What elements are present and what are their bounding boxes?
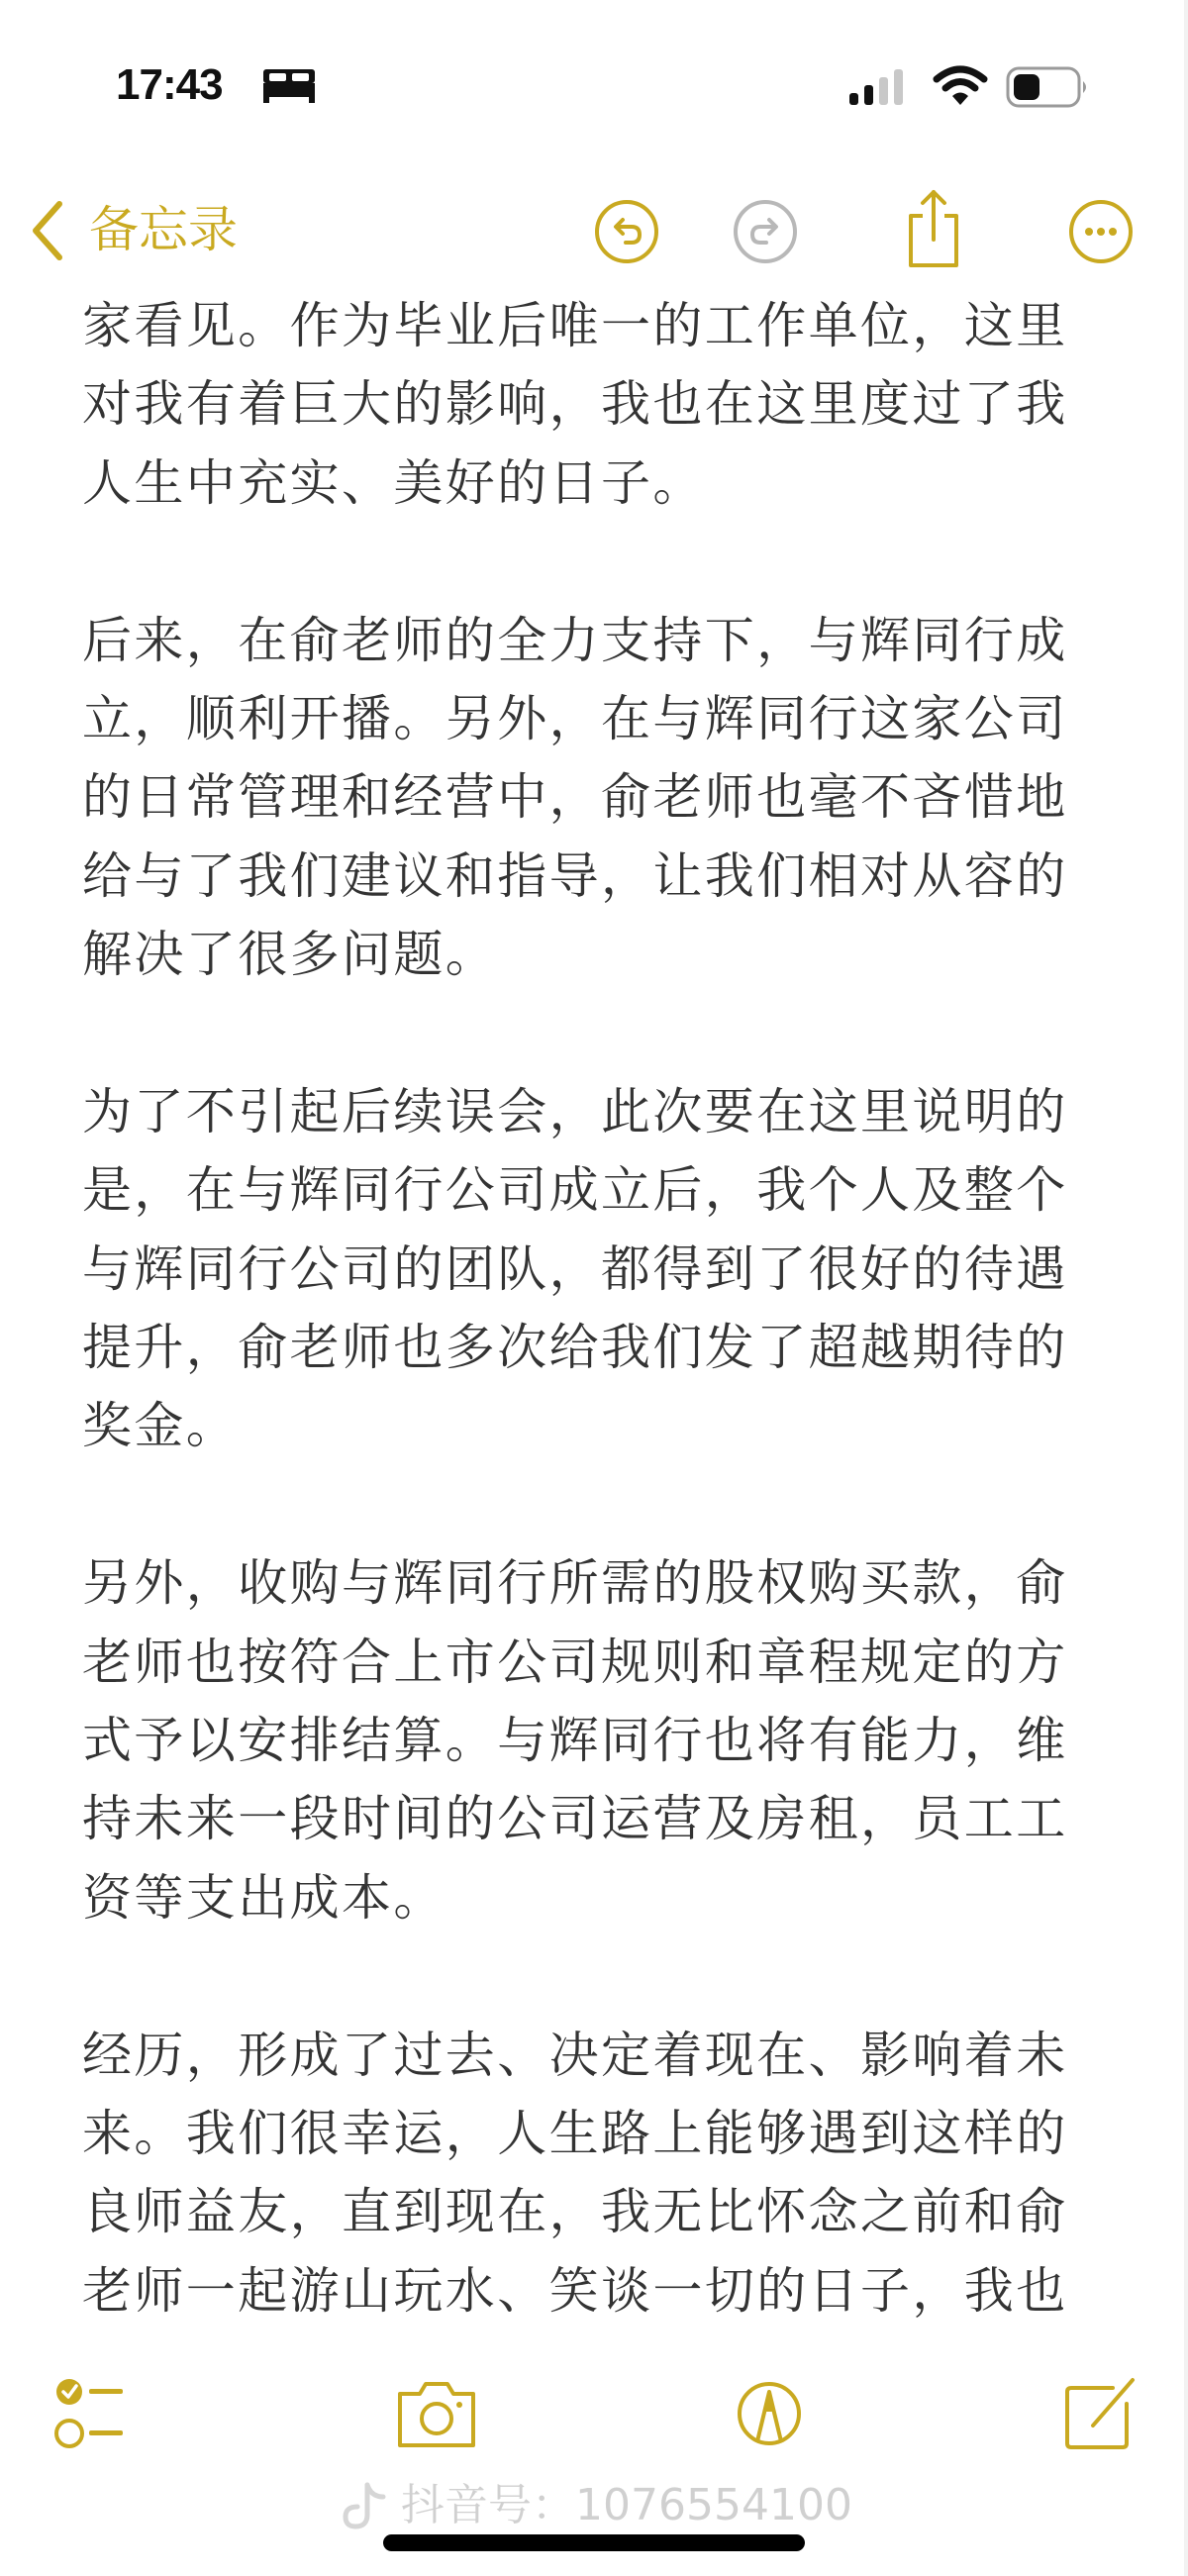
- status-time: 17:43: [116, 59, 223, 111]
- note-line: 式予以安排结算。与辉同行也将有能力，维: [82, 1702, 1082, 1780]
- note-line: 人生中充实、美好的日子。: [82, 445, 1082, 523]
- note-line: 对我有着巨大的影响，我也在这里度过了我: [82, 365, 1082, 444]
- screen-edge: [1184, 0, 1188, 2576]
- bed-icon: [261, 65, 317, 105]
- note-line: 奖金。: [82, 1387, 1082, 1465]
- note-line: 是，在与辉同行公司成立后，我个人及整个: [82, 1151, 1082, 1230]
- undo-icon: [590, 195, 663, 268]
- paragraph-gap: [82, 995, 1082, 1073]
- note-line: 良师益友，直到现在，我无比怀念之前和俞: [82, 2173, 1082, 2251]
- more-icon: [1064, 195, 1138, 268]
- signal-icon: [847, 67, 911, 107]
- note-line: 经历，形成了过去、决定着现在、影响着未: [82, 2017, 1082, 2095]
- paragraph: 家看见。作为毕业后唯一的工作单位，这里 对我有着巨大的影响，我也在这里度过了我 …: [82, 287, 1082, 523]
- compose-button[interactable]: [1057, 2370, 1140, 2457]
- note-line: 老师也按符合上市公司规则和章程规定的方: [82, 1624, 1082, 1702]
- note-line: 解决了很多问题。: [82, 916, 1082, 994]
- chevron-left-icon: [28, 200, 67, 261]
- redo-icon: [729, 195, 802, 268]
- note-line: 老师一起游山玩水、笑谈一切的日子，我也: [82, 2252, 1082, 2330]
- note-line: 给与了我们建议和指导，让我们相对从容的: [82, 838, 1082, 916]
- back-button[interactable]: 备忘录: [20, 194, 277, 269]
- back-label: 备忘录: [89, 200, 238, 259]
- markup-button[interactable]: [728, 2372, 811, 2455]
- paragraph-gap: [82, 1937, 1082, 2016]
- watermark: 抖音号：1076554100: [342, 2477, 856, 2536]
- share-icon: [897, 186, 970, 271]
- paragraph-gap: [82, 523, 1082, 601]
- paragraph: 为了不引起后续误会，此次要在这里说明的 是，在与辉同行公司成立后，我个人及整个 …: [82, 1073, 1082, 1466]
- camera-button[interactable]: [392, 2374, 481, 2453]
- paragraph: 经历，形成了过去、决定着现在、影响着未 来。我们很幸运，人生路上能够遇到这样的 …: [82, 2017, 1082, 2331]
- battery-icon: [1006, 65, 1091, 109]
- paragraph-gap: [82, 1466, 1082, 1544]
- undo-button[interactable]: [590, 195, 663, 268]
- checklist-button[interactable]: [49, 2372, 139, 2457]
- camera-icon: [392, 2374, 481, 2453]
- note-line: 来。我们很幸运，人生路上能够遇到这样的: [82, 2095, 1082, 2173]
- paragraph: 后来，在俞老师的全力支持下，与辉同行成 立，顺利开播。另外，在与辉同行这家公司 …: [82, 602, 1082, 995]
- home-indicator[interactable]: [383, 2534, 805, 2551]
- note-line: 后来，在俞老师的全力支持下，与辉同行成: [82, 602, 1082, 680]
- note-line: 提升，俞老师也多次给我们发了超越期待的: [82, 1309, 1082, 1387]
- douyin-logo-icon: [342, 2481, 389, 2532]
- watermark-text: 抖音号：1076554100: [401, 2479, 852, 2532]
- note-line: 为了不引起后续误会，此次要在这里说明的: [82, 1073, 1082, 1151]
- note-line: 另外，收购与辉同行所需的股权购买款，俞: [82, 1544, 1082, 1623]
- note-line: 立，顺利开播。另外，在与辉同行这家公司: [82, 680, 1082, 758]
- more-button[interactable]: [1064, 195, 1138, 268]
- checklist-icon: [49, 2372, 139, 2457]
- share-button[interactable]: [897, 186, 970, 271]
- redo-button[interactable]: [729, 195, 802, 268]
- paragraph: 另外，收购与辉同行所需的股权购买款，俞 老师也按符合上市公司规则和章程规定的方 …: [82, 1544, 1082, 1937]
- note-line: 资等支出成本。: [82, 1859, 1082, 1937]
- note-body[interactable]: 家看见。作为毕业后唯一的工作单位，这里 对我有着巨大的影响，我也在这里度过了我 …: [82, 287, 1082, 2330]
- note-line: 家看见。作为毕业后唯一的工作单位，这里: [82, 287, 1082, 365]
- wifi-icon: [933, 65, 988, 107]
- note-line: 持未来一段时间的公司运营及房租，员工工: [82, 1780, 1082, 1858]
- markup-icon: [728, 2372, 811, 2455]
- note-line: 与辉同行公司的团队，都得到了很好的待遇: [82, 1231, 1082, 1309]
- compose-icon: [1057, 2370, 1140, 2457]
- note-line: 的日常管理和经营中，俞老师也毫不吝惜地: [82, 758, 1082, 837]
